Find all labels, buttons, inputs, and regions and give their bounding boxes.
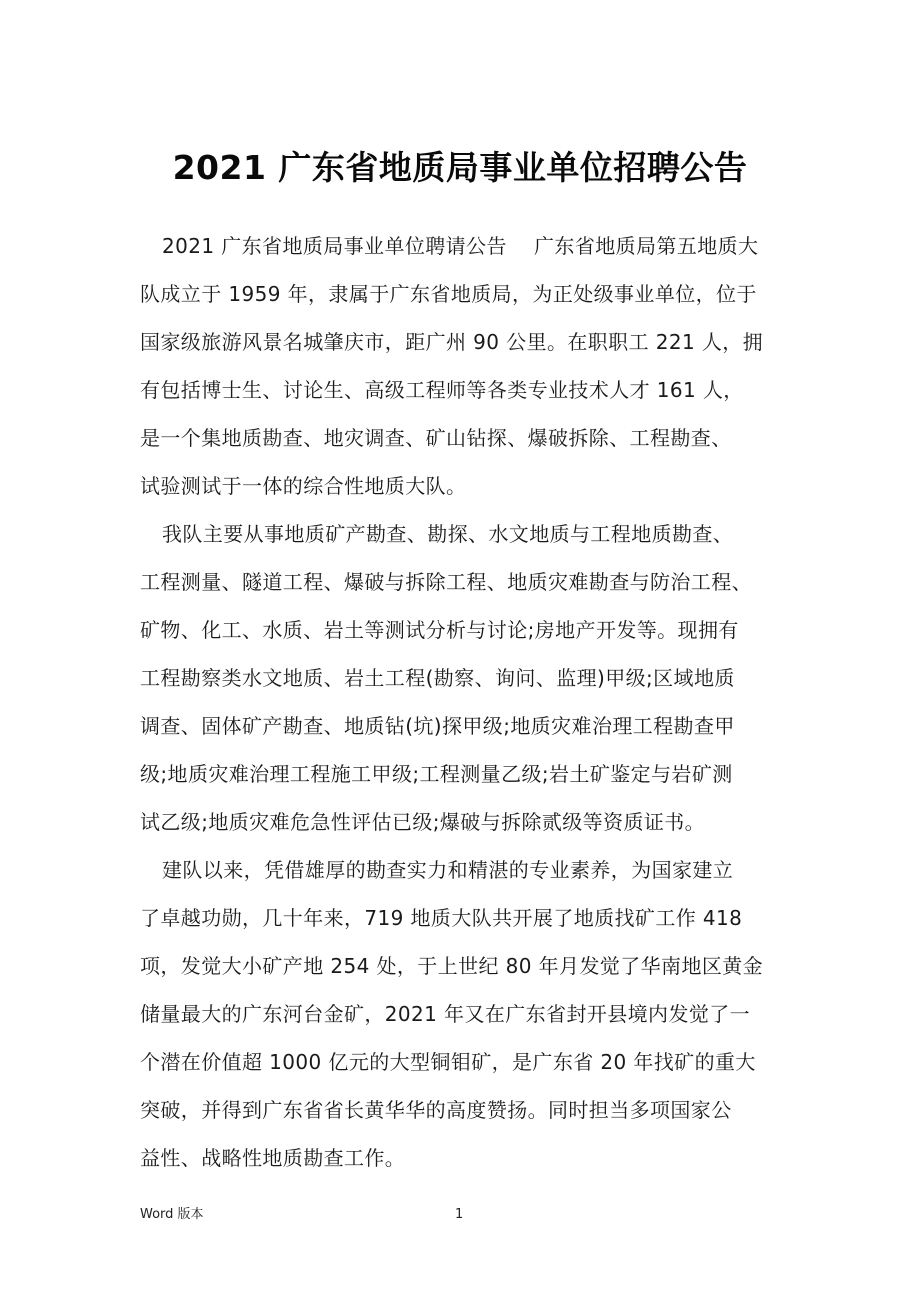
document-title: 2021 广东省地质局事业单位招聘公告: [0, 146, 920, 190]
text-line: 我队主要从事地质矿产勘查、勘探、水文地质与工程地质勘查、: [140, 516, 785, 564]
page-number: 1: [455, 1206, 463, 1224]
text-line: 是一个集地质勘查、地灾调查、矿山钻探、爆破拆除、工程勘查、: [140, 420, 785, 468]
text-line: 了卓越功勋，几十年来，719 地质大队共开展了地质找矿工作 418: [140, 900, 785, 948]
text-line: 工程勘察类水文地质、岩土工程(勘察、询问、监理)甲级;区域地质: [140, 660, 785, 708]
text-line: 项，发觉大小矿产地 254 处，于上世纪 80 年月发觉了华南地区黄金: [140, 948, 785, 996]
text-line: 国家级旅游风景名城肇庆市，距广州 90 公里。在职职工 221 人，拥: [140, 324, 785, 372]
text-line: 2021 广东省地质局事业单位聘请公告 广东省地质局第五地质大: [140, 228, 785, 276]
text-line: 益性、战略性地质勘查工作。: [140, 1140, 785, 1188]
paragraph-1: 2021 广东省地质局事业单位聘请公告 广东省地质局第五地质大 队成立于 195…: [140, 228, 785, 516]
text-line: 级;地质灾难治理工程施工甲级;工程测量乙级;岩土矿鉴定与岩矿测: [140, 756, 785, 804]
paragraph-3: 建队以来，凭借雄厚的勘查实力和精湛的专业素养，为国家建立 了卓越功勋，几十年来，…: [140, 852, 785, 1188]
text-line: 队成立于 1959 年，隶属于广东省地质局，为正处级事业单位，位于: [140, 276, 785, 324]
text-line: 个潜在价值超 1000 亿元的大型铜钼矿，是广东省 20 年找矿的重大: [140, 1044, 785, 1092]
text-line: 储量最大的广东河台金矿，2021 年又在广东省封开县境内发觉了一: [140, 996, 785, 1044]
text-line: 突破，并得到广东省省长黄华华的高度赞扬。同时担当多项国家公: [140, 1092, 785, 1140]
text-line: 调查、固体矿产勘查、地质钻(坑)探甲级;地质灾难治理工程勘查甲: [140, 708, 785, 756]
footer-version-label: Word 版本: [140, 1206, 204, 1224]
text-line: 矿物、化工、水质、岩土等测试分析与讨论;房地产开发等。现拥有: [140, 612, 785, 660]
text-line: 试验测试于一体的综合性地质大队。: [140, 468, 785, 516]
text-line: 试乙级;地质灾难危急性评估已级;爆破与拆除贰级等资质证书。: [140, 804, 785, 852]
document-body: 2021 广东省地质局事业单位聘请公告 广东省地质局第五地质大 队成立于 195…: [140, 228, 785, 1188]
paragraph-2: 我队主要从事地质矿产勘查、勘探、水文地质与工程地质勘查、 工程测量、隧道工程、爆…: [140, 516, 785, 852]
text-line: 有包括博士生、讨论生、高级工程师等各类专业技术人才 161 人，: [140, 372, 785, 420]
text-line: 工程测量、隧道工程、爆破与拆除工程、地质灾难勘查与防治工程、: [140, 564, 785, 612]
text-line: 建队以来，凭借雄厚的勘查实力和精湛的专业素养，为国家建立: [140, 852, 785, 900]
document-page: 2021 广东省地质局事业单位招聘公告 2021 广东省地质局事业单位聘请公告 …: [0, 0, 920, 1302]
